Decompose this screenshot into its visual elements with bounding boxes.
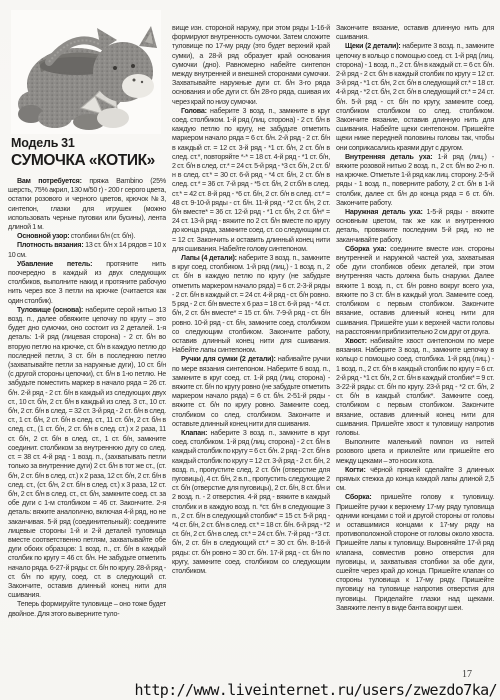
paragraph-lead: Плотность вязания:	[17, 241, 85, 249]
cat-bag-photo	[11, 10, 161, 134]
paragraph: Плотность вязания: 13 ст. б/н х 14 рядов…	[8, 241, 166, 259]
paragraph-lead: Щеки (2 детали):	[345, 42, 402, 50]
page-number: 17	[462, 669, 472, 680]
column-left-paragraphs: Вам потребуется: пряжа Bambino (25% шерс…	[8, 177, 166, 619]
scanned-book-page: Модель 31 СУМОЧКА «КОТИК» Вам потребуетс…	[0, 0, 500, 700]
paragraph: вище изн. стороной наружу, при этом ряды…	[172, 24, 330, 107]
paragraph-lead: Хвост:	[345, 337, 370, 345]
paragraph-lead: Лапы (4 детали):	[181, 254, 239, 262]
paragraph-lead: Когти:	[345, 466, 370, 474]
paragraph-lead: Сборка:	[345, 493, 381, 501]
paragraph-lead: Туловище (основа):	[17, 306, 85, 314]
paragraph: Вам потребуется: пряжа Bambino (25% шерс…	[8, 177, 166, 232]
paragraph: Закончите вязание, оставив длинную нить …	[336, 24, 494, 42]
paragraph: Хвост: набивайте хвост синтепоном по мер…	[336, 337, 494, 438]
page-title: СУМОЧКА «КОТИК»	[11, 152, 166, 169]
watermark-url: http://www.liveinternet.ru/users/zwezdo7…	[134, 681, 497, 699]
paragraph-lead: Ручки для сумки (2 детали):	[181, 355, 278, 363]
paragraph-lead: Наружная деталь уха:	[345, 208, 427, 216]
paragraph-lead: Основной узор:	[17, 232, 71, 240]
paragraph: Лапы (4 детали): наберите 3 возд. п., за…	[172, 254, 330, 355]
column-right: Закончите вязание, оставив длинную нить …	[336, 0, 494, 668]
paragraph: Убавление петель: протяните нить поочере…	[8, 260, 166, 306]
paragraph-lead: Голова:	[181, 107, 210, 115]
paragraph-lead: Убавление петель:	[17, 260, 106, 268]
paragraph-lead: Внутренняя деталь уха:	[345, 153, 438, 161]
column-left: Модель 31 СУМОЧКА «КОТИК» Вам потребуетс…	[8, 0, 166, 668]
paragraph: Щеки (2 детали): наберите 3 возд. п., за…	[336, 42, 494, 152]
paragraph-lead: Клапан:	[181, 429, 210, 437]
column-middle: вище изн. стороной наружу, при этом ряды…	[172, 0, 330, 668]
paragraph: Туловище (основа): наберите серой нитью …	[8, 306, 166, 601]
cat-bag-illustration	[11, 10, 161, 134]
paragraph: Голова: наберите 3 возд. п., замкните в …	[172, 107, 330, 254]
paragraph-lead: Сборка уха:	[345, 245, 390, 253]
paragraph: Когти: чёрной пряжей сделайте 3 длинных …	[336, 466, 494, 494]
paragraph: Теперь формируйте туловище – оно тоже бу…	[8, 600, 166, 618]
paragraph: Клапан: наберите 3 возд. п., замкните в …	[172, 429, 330, 576]
paragraph: Выполните маленький помпон из нитей розо…	[336, 438, 494, 466]
paragraph-lead: Вам потребуется:	[17, 177, 89, 185]
paragraph: Сборка уха: соедините вместе изн. сторон…	[336, 245, 494, 337]
paragraph: Ручки для сумки (2 детали): набивайте ру…	[172, 355, 330, 429]
paragraph: Основной узор: столбики б/н (ст. б/н).	[8, 232, 166, 241]
paragraph: Наружная деталь уха: 1-5-й ряды - вяжите…	[336, 208, 494, 245]
model-label: Модель 31	[11, 137, 166, 150]
page-content: Модель 31 СУМОЧКА «КОТИК» Вам потребуетс…	[8, 0, 494, 668]
paragraph: Внутренняя деталь уха: 1-й ряд (лиц.) - …	[336, 153, 494, 208]
paragraph: Сборка: пришейте голову к туловищу. Приш…	[336, 493, 494, 613]
